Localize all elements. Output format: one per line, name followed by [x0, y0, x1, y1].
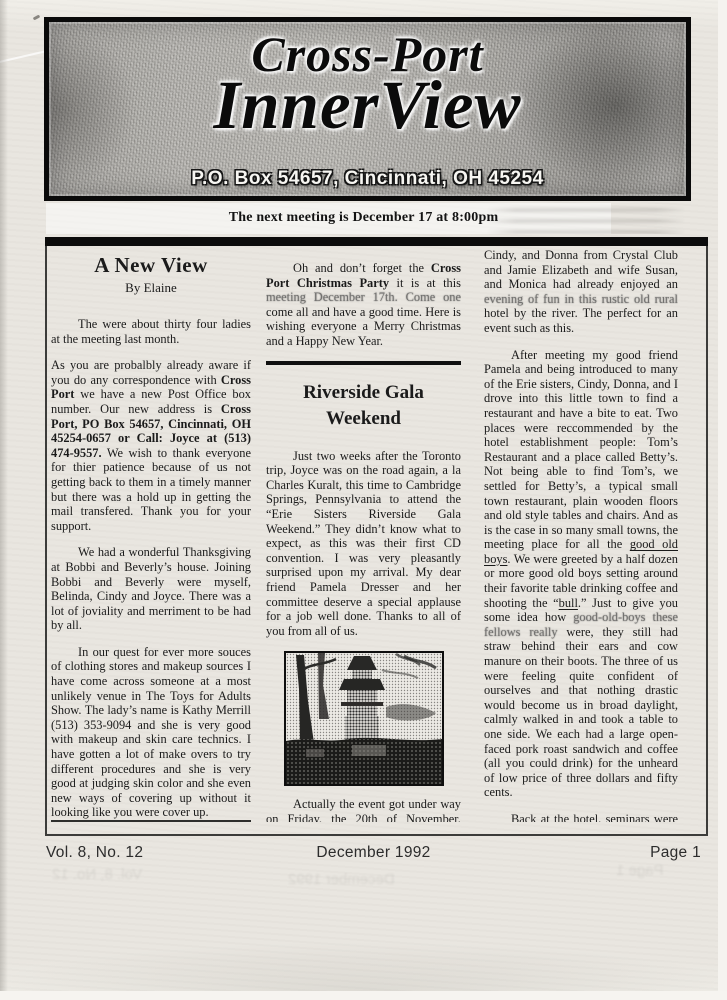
text-segment: Cindy, and Donna from Crystal Club and J… — [484, 248, 678, 291]
text-segment: Oh and don’t forget the — [293, 261, 431, 275]
text-segment: evening of fun in this rustic old rural — [484, 292, 678, 306]
article-paragraph: As you are probalbly already aware if yo… — [51, 358, 251, 533]
issue-date: December 1992 — [44, 844, 703, 862]
page-footer: Vol. 8, No. 12 December 1992 Page 1 — [44, 844, 703, 864]
masthead-address: P.O. Box 54657, Cincinnati, OH 45254 — [49, 168, 686, 190]
section-divider-rule — [266, 361, 461, 365]
text-segment: bull — [559, 596, 578, 610]
newsletter-title-line2: InnerView — [49, 71, 686, 140]
scan-edge-left — [0, 0, 8, 1000]
text-segment: After meeting my good friend Pamela and … — [484, 348, 678, 552]
text-segment: Actually the event got under way on Frid… — [266, 797, 461, 822]
text-segment: Just two weeks after the Toronto trip, J… — [266, 449, 461, 638]
ink-bleed-smudge — [486, 201, 686, 234]
text-segment: We had a wonderful Thanksgiving at Bobbi… — [51, 545, 251, 632]
newsletter-page: Cross-Port InnerView P.O. Box 54657, Cin… — [0, 0, 727, 1000]
text-segment: Back at the hotel, seminars were in prog… — [484, 812, 678, 822]
text-segment: The were about thirty four ladies at the… — [51, 317, 251, 346]
article-paragraph: After meeting my good friend Pamela and … — [484, 348, 678, 800]
section-heading: Riverside GalaWeekend — [266, 380, 461, 432]
scan-edge-bottom — [0, 991, 727, 1000]
article-paragraph: In our quest for ever more souces of clo… — [51, 645, 251, 820]
article-paragraph: Back at the hotel, seminars were in prog… — [484, 812, 678, 822]
content-area: A New ViewBy ElaineThe were about thirty… — [45, 237, 708, 836]
riverside-hotel-photo — [284, 651, 444, 786]
text-segment: it is at this — [389, 276, 461, 290]
page-number: Page 1 — [650, 844, 701, 862]
section-heading-line: Weekend — [266, 406, 461, 432]
article-paragraph: We had a wonderful Thanksgiving at Bobbi… — [51, 545, 251, 633]
section-heading-line: Riverside Gala — [266, 380, 461, 406]
article-paragraph: The were about thirty four ladies at the… — [51, 317, 251, 346]
column-right: Cindy, and Donna from Crystal Club and J… — [484, 246, 678, 822]
article-title: A New View — [51, 253, 251, 278]
bleed-through-date: December 1992 — [288, 871, 395, 888]
article-paragraph: Just two weeks after the Toronto trip, J… — [266, 449, 461, 639]
text-segment: were, they still had straw behind their … — [484, 625, 678, 800]
text-segment: meeting December 17th. Come one — [266, 290, 461, 304]
scan-shadow-bottom — [0, 921, 727, 991]
article-byline: By Elaine — [51, 280, 251, 296]
columns: A New ViewBy ElaineThe were about thirty… — [47, 246, 706, 822]
bleed-through-page: Page 1 — [616, 862, 664, 879]
text-segment: hotel by the river. The perfect for an e… — [484, 306, 678, 335]
article-paragraph: Cindy, and Donna from Crystal Club and J… — [484, 248, 678, 336]
text-segment: In our quest for ever more souces of clo… — [51, 645, 251, 820]
top-rule — [45, 237, 708, 246]
scan-edge-right — [718, 0, 727, 1000]
article-paragraph: Actually the event got under way on Frid… — [266, 797, 461, 822]
article-paragraph: Oh and don’t forget the Cross Port Chris… — [266, 261, 461, 349]
masthead: Cross-Port InnerView P.O. Box 54657, Cin… — [44, 17, 691, 201]
column-middle: Oh and don’t forget the Cross Port Chris… — [266, 246, 461, 822]
column-left: A New ViewBy ElaineThe were about thirty… — [51, 246, 251, 822]
bleed-through-volume: Vol. 8, No. 12 — [52, 866, 142, 883]
text-segment: come all and have a good time. Here is w… — [266, 305, 461, 348]
